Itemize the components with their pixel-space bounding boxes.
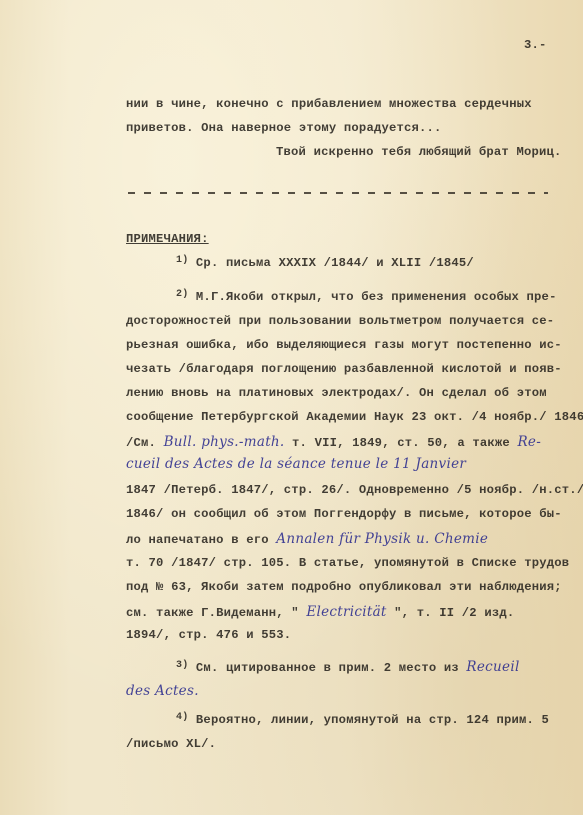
note-4-line-1: 4) Вероятно, линии, упомянутой на стр. 1… bbox=[176, 713, 549, 727]
letter-line-1: нии в чине, конечно с прибавлением множе… bbox=[126, 97, 532, 111]
note-marker: 2) bbox=[176, 289, 188, 300]
handwritten-recueil-line: cueil des Actes de la séance tenue le 11… bbox=[126, 456, 466, 472]
note-2-line-1: 2) М.Г.Якоби открыл, что без применения … bbox=[176, 290, 557, 304]
note-marker: 1) bbox=[176, 255, 188, 266]
note-2-line-15: 1894/, стр. 476 и 553. bbox=[126, 628, 291, 642]
separator-line bbox=[128, 192, 548, 194]
handwritten-bull: Bull. phys.-math. bbox=[164, 434, 285, 450]
note-2-line-6: сообщение Петербургской Академии Наук 23… bbox=[126, 410, 583, 424]
document-page: 3.- нии в чине, конечно с прибавлением м… bbox=[0, 0, 583, 815]
note-2-line-13: под № 63, Якоби затем подробно опубликов… bbox=[126, 580, 562, 594]
letter-line-2: приветов. Она наверное этому порадуется.… bbox=[126, 121, 442, 135]
note-1: 1) Ср. письма XXXIX /1844/ и XLII /1845/ bbox=[176, 256, 474, 270]
note-2-line-10: 1846/ он сообщил об этом Поггендорфу в п… bbox=[126, 507, 562, 521]
handwritten-recueil: Recueil bbox=[466, 659, 519, 675]
note-3-line-1: 3) См. цитированное в прим. 2 место из R… bbox=[176, 659, 520, 675]
note-4-line-2: /письмо XL/. bbox=[126, 737, 216, 751]
note-2-line-14: см. также Г.Видеманн, " Electricität ", … bbox=[126, 604, 514, 620]
note-2-line-12: т. 70 /1847/ стр. 105. В статье, упомяну… bbox=[126, 556, 569, 570]
note-marker: 3) bbox=[176, 660, 188, 671]
handwritten-des-actes: des Actes. bbox=[126, 683, 199, 699]
page-number: 3.- bbox=[524, 38, 547, 52]
handwritten-annalen: Annalen für Physik u. Chemie bbox=[276, 531, 488, 547]
handwritten-electricitat: Electricität bbox=[306, 604, 386, 620]
note-2-line-3: рьезная ошибка, ибо выделяющиеся газы мо… bbox=[126, 338, 562, 352]
note-2-line-9: 1847 /Петерб. 1847/, стр. 26/. Одновреме… bbox=[126, 483, 583, 497]
note-marker: 4) bbox=[176, 712, 188, 723]
note-2-line-2: досторожностей при пользовании вольтметр… bbox=[126, 314, 554, 328]
note-2-line-11: ло напечатано в его Annalen für Physik u… bbox=[126, 531, 488, 547]
handwritten-re: Re- bbox=[517, 434, 541, 450]
note-2-line-7: /См. Bull. phys.-math. т. VII, 1849, ст.… bbox=[126, 434, 541, 450]
note-2-line-4: чезать /благодаря поглощению разбавленно… bbox=[126, 362, 562, 376]
note-2-line-5: лению вновь на платиновых электродах/. О… bbox=[126, 386, 547, 400]
note-text: Ср. письма XXXIX /1844/ и XLII /1845/ bbox=[196, 256, 474, 270]
notes-heading: ПРИМЕЧАНИЯ: bbox=[126, 232, 209, 246]
signature: Твой искренно тебя любящий брат Мориц. bbox=[276, 145, 562, 159]
